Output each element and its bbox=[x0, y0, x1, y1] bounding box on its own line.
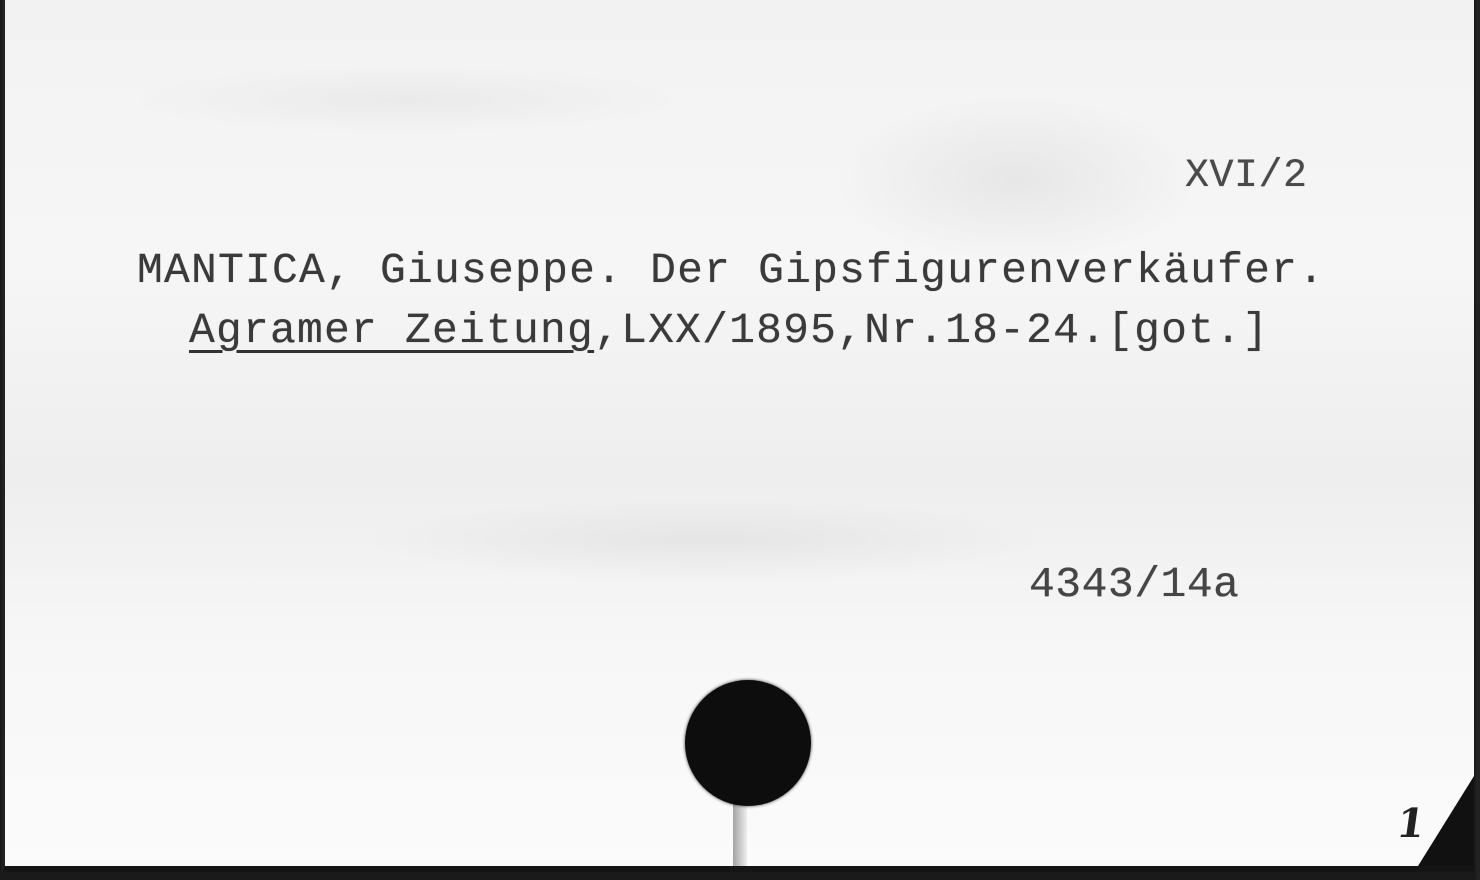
catalog-card: XVI/2 MANTICA, Giuseppe. Der Gipsfiguren… bbox=[2, 0, 1474, 872]
punch-hole-icon bbox=[685, 680, 811, 806]
source-details: ,LXX/1895,Nr.18-24. bbox=[594, 306, 1107, 355]
punch-tear bbox=[733, 800, 747, 872]
entry-author-title: MANTICA, Giuseppe. Der Gipsfigurenverkäu… bbox=[137, 246, 1325, 295]
catalog-number: 4343/14a bbox=[1029, 560, 1239, 609]
folded-corner bbox=[1418, 776, 1474, 866]
source-title: Agramer Zeitung bbox=[189, 306, 594, 355]
shelfmark: XVI/2 bbox=[1185, 154, 1308, 199]
source-note: [got.] bbox=[1107, 306, 1269, 355]
entry-source: Agramer Zeitung,LXX/1895,Nr.18-24.[got.] bbox=[189, 306, 1269, 355]
card-edge bbox=[1476, 0, 1480, 880]
